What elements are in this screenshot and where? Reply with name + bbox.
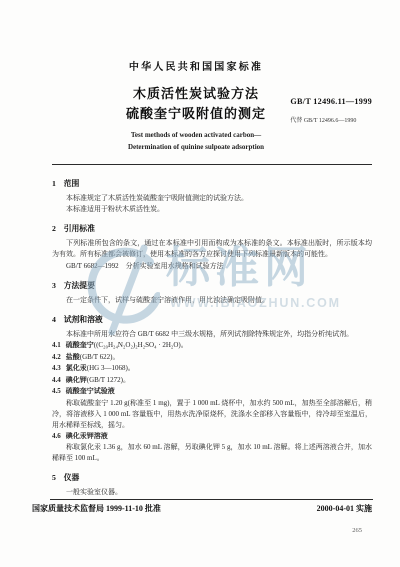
clause-4-3-name: 氯化汞 xyxy=(66,364,87,372)
section-2-paragraph-1: 下列标准所包含的条文，通过在本标准中引用而构成为本标准的条文。本标准出版时，所示… xyxy=(52,238,372,260)
clause-4-1: 4.1硫酸奎宁((C₂₀H₂₄N₂O₂)₂H₂SO₄ · 2H₂O)。 xyxy=(52,340,372,352)
clause-4-6-number: 4.6 xyxy=(52,432,61,440)
clause-4-5: 4.5硫酸奎宁试验液 xyxy=(52,386,372,398)
title-area: 木质活性炭试验方法 硫酸奎宁吸附值的测定 Test methods of woo… xyxy=(52,84,372,153)
clause-4-2-number: 4.2 xyxy=(52,353,61,361)
clause-4-5-name: 硫酸奎宁试验液 xyxy=(66,387,115,395)
clause-4-1-detail: ((C₂₀H₂₄N₂O₂)₂H₂SO₄ · 2H₂O)。 xyxy=(94,341,188,349)
clause-4-3-detail: (HG 3—1068)。 xyxy=(87,364,135,372)
clause-4-3-number: 4.3 xyxy=(52,364,61,372)
standard-code-block: GB/T 12496.11—1999 代替 GB/T 12496.6—1990 xyxy=(290,97,372,124)
clause-4-4: 4.4碘化钾(GB/T 1272)。 xyxy=(52,375,372,387)
document-content: 中华人民共和国国家标准 木质活性炭试验方法 硫酸奎宁吸附值的测定 Test me… xyxy=(0,0,400,498)
standard-code: GB/T 12496.11—1999 xyxy=(290,97,372,106)
clause-4-5-number: 4.5 xyxy=(52,387,61,395)
approval-note: 国家质量技术监督局 1999-11-10 批准 xyxy=(32,503,161,514)
clause-4-1-number: 4.1 xyxy=(52,341,61,349)
clause-4-5-paragraph: 称取硫酸奎宁 1.20 g(称准至 1 mg)，置于 1 000 mL 烧杯中，… xyxy=(52,398,372,431)
clause-4-2-name: 盐酸 xyxy=(66,353,80,361)
clause-4-2: 4.2盐酸(GB/T 622)。 xyxy=(52,352,372,364)
footer: 国家质量技术监督局 1999-11-10 批准 2000-04-01 实施 xyxy=(32,503,372,514)
clause-4-4-number: 4.4 xyxy=(52,376,61,384)
section-2-heading: 2 引用标准 xyxy=(52,223,372,235)
clause-4-4-detail: (GB/T 1272)。 xyxy=(87,376,130,384)
national-standard-header: 中华人民共和国国家标准 xyxy=(36,0,356,73)
clause-4-2-detail: (GB/T 622)。 xyxy=(80,353,120,361)
clause-4-6: 4.6碘化汞钾溶液 xyxy=(52,431,372,443)
footer-rule xyxy=(50,499,373,500)
section-1-paragraph-2: 本标准适用于粉状木质活性炭。 xyxy=(52,204,372,215)
document-page: 标准网 WWW.IBIAOZHUN.COM 中华人民共和国国家标准 木质活性炭试… xyxy=(0,0,400,567)
clause-4-6-paragraph: 称取氯化汞 1.36 g，加水 60 mL 溶解，另取碘化钾 5 g，加水 10… xyxy=(52,442,372,464)
section-1-heading: 1 范围 xyxy=(52,178,372,190)
page-number: 265 xyxy=(352,527,362,534)
clause-4-1-name: 硫酸奎宁 xyxy=(66,341,94,349)
implementation-note: 2000-04-01 实施 xyxy=(317,503,372,514)
clause-4-4-name: 碘化钾 xyxy=(66,376,87,384)
clause-4-6-name: 碘化汞钾溶液 xyxy=(66,432,108,440)
section-3-heading: 3 方法提要 xyxy=(52,280,372,292)
section-5-paragraph-1: 一般实验室仪器。 xyxy=(52,487,372,498)
section-5-heading: 5 仪器 xyxy=(52,472,372,484)
section-2-reference: GB/T 6682—1992 分析实验室用水规格和试验方法 xyxy=(52,261,372,272)
section-1-paragraph-1: 本标准规定了木质活性炭硫酸奎宁吸附值测定的试验方法。 xyxy=(52,193,372,204)
section-4-heading: 4 试剂和溶液 xyxy=(52,314,372,326)
english-title-line1: Test methods of wooden activated carbon— xyxy=(36,130,356,142)
clause-4-3: 4.3氯化汞(HG 3—1068)。 xyxy=(52,363,372,375)
header-rule xyxy=(52,164,372,165)
replaces-note: 代替 GB/T 12496.6—1990 xyxy=(290,115,372,124)
section-4-intro: 本标准中所用水应符合 GB/T 6682 中三级水规格，所列试剂除特殊规定外，均… xyxy=(52,329,372,340)
english-title-line2: Determination of quinine sulpoate adsorp… xyxy=(36,142,356,154)
section-3-paragraph-1: 在一定条件下，试样与硫酸奎宁溶液作用，用比浊法确定吸附值。 xyxy=(52,295,372,306)
